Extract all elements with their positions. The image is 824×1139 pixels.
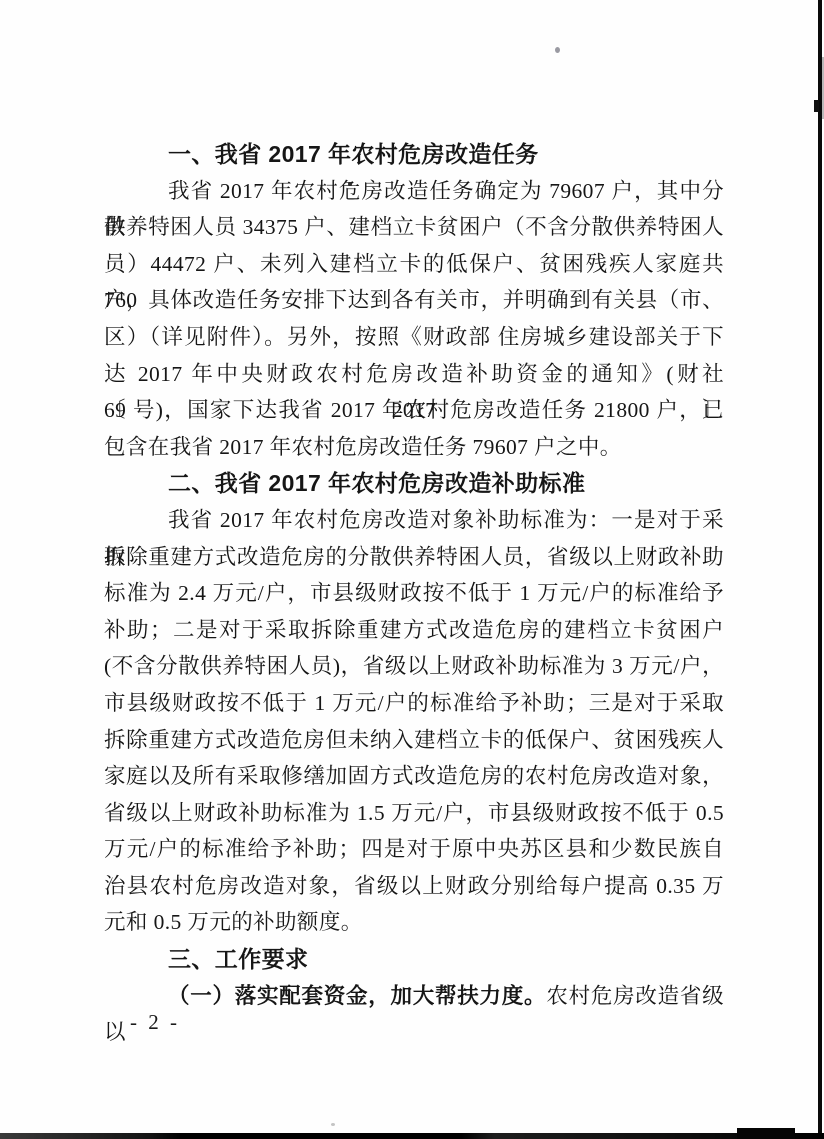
body-line: 治县农村危房改造对象，省级以上财政分别给每户提高 0.35 万: [104, 868, 724, 905]
body-line: 拆除重建方式改造危房的分散供养特困人员，省级以上财政补助: [104, 539, 724, 576]
body-line: 家庭以及所有采取修缮加固方式改造危房的农村危房改造对象，: [104, 758, 724, 795]
body-line: 区）（详见附件）。另外，按照《财政部 住房城乡建设部关于下: [104, 319, 724, 356]
scan-edge-right-nub: [814, 100, 819, 112]
emphasis-lead: （一）落实配套资金，加大帮扶力度。: [168, 984, 546, 1008]
body-line: 达 2017 年中央财政农村危房改造补助资金的通知》(财社〔2017〕: [104, 356, 724, 393]
document-body: 一、我省 2017 年农村危房改造任务 我省 2017 年农村危房改造任务确定为…: [104, 136, 724, 1014]
body-line: 员）44472 户、未列入建档立卡的低保户、贫困残疾人家庭共 760: [104, 246, 724, 283]
body-line: 补助；二是对于采取拆除重建方式改造危房的建档立卡贫困户: [104, 612, 724, 649]
body-line: 69 号)，国家下达我省 2017 年农村危房改造任务 21800 户，已: [104, 392, 724, 429]
body-line: 供养特困人员 34375 户、建档立卡贫困户（不含分散供养特困人: [104, 209, 724, 246]
section-heading-1: 一、我省 2017 年农村危房改造任务: [104, 136, 724, 173]
scan-edge-bottom: [0, 1133, 824, 1139]
body-line: 我省 2017 年农村危房改造对象补助标准为：一是对于采取: [104, 502, 724, 539]
scan-edge-bottom-blob: [737, 1128, 795, 1139]
scan-speck: [348, 182, 352, 186]
document-page: 一、我省 2017 年农村危房改造任务 我省 2017 年农村危房改造任务确定为…: [0, 0, 824, 1139]
page-number: - 2 -: [130, 1010, 180, 1035]
section-heading-3: 三、工作要求: [104, 941, 724, 978]
body-line: (不含分散供养特困人员)，省级以上财政补助标准为 3 万元/户，: [104, 648, 724, 685]
scan-speck: [555, 47, 560, 53]
body-line: 拆除重建方式改造危房但未纳入建档立卡的低保户、贫困残疾人: [104, 722, 724, 759]
body-line: 元和 0.5 万元的补助额度。: [104, 904, 724, 941]
body-line: 户，具体改造任务安排下达到各有关市，并明确到有关县（市、: [104, 282, 724, 319]
body-line: 市县级财政按不低于 1 万元/户的标准给予补助；三是对于采取: [104, 685, 724, 722]
body-line: 省级以上财政补助标准为 1.5 万元/户，市县级财政按不低于 0.5: [104, 795, 724, 832]
body-line: 包含在我省 2017 年农村危房改造任务 79607 户之中。: [104, 429, 724, 466]
body-line: （一）落实配套资金，加大帮扶力度。农村危房改造省级以: [104, 978, 724, 1015]
scan-speck: [331, 1123, 335, 1126]
body-line: 标准为 2.4 万元/户，市县级财政按不低于 1 万元/户的标准给予: [104, 575, 724, 612]
body-line: 万元/户的标准给予补助；四是对于原中央苏区县和少数民族自: [104, 831, 724, 868]
scan-edge-right: [818, 0, 822, 1139]
section-heading-2: 二、我省 2017 年农村危房改造补助标准: [104, 465, 724, 502]
body-line: 我省 2017 年农村危房改造任务确定为 79607 户，其中分散: [104, 173, 724, 210]
